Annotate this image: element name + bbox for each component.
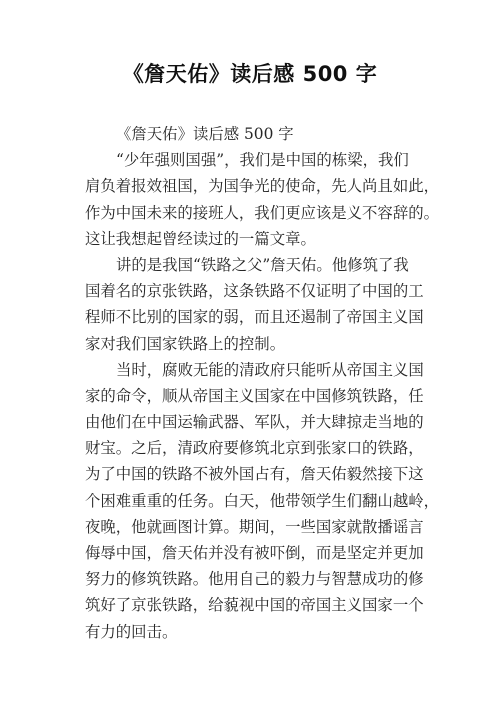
body-line: 家对我们国家铁路上的控制。 [85, 331, 427, 357]
body-line: 程师不比别的国家的弱，而且还遏制了帝国主义国 [85, 304, 427, 330]
body-line: 夜晚，他就画图计算。期间，一些国家就散播谣言 [85, 514, 427, 540]
body-line: 为了中国的铁路不被外国占有，詹天佑毅然接下这 [85, 461, 427, 487]
body-line: 财宝。之后，清政府要修筑北京到张家口的铁路， [85, 435, 427, 461]
body-line: 当时，腐败无能的清政府只能听从帝国主义国 [85, 357, 427, 383]
body-line: “少年强则国强”，我们是中国的栋梁，我们 [85, 147, 427, 173]
body-line: 努力的修筑铁路。他用自己的毅力与智慧成功的修 [85, 566, 427, 592]
body-line: 肩负着报效祖国，为国争光的使命，先人尚且如此， [85, 173, 427, 199]
body-line: 国着名的京张铁路，这条铁路不仅证明了中国的工 [85, 278, 427, 304]
body-line: 这让我想起曾经读过的一篇文章。 [85, 226, 427, 252]
body-line: 筑好了京张铁路，给藐视中国的帝国主义国家一个 [85, 592, 427, 618]
body-line: 《詹天佑》读后感 500 字 [85, 121, 427, 147]
body-line: 家的命令，顺从帝国主义国家在中国修筑铁路，任 [85, 383, 427, 409]
document-title: 《詹天佑》读后感 500 字 [0, 59, 500, 89]
body-line: 个困难重重的任务。白天，他带领学生们翻山越岭， [85, 488, 427, 514]
body-line: 作为中国未来的接班人，我们更应该是义不容辞的。 [85, 200, 427, 226]
document-page: 《詹天佑》读后感 500 字 《詹天佑》读后感 500 字 “少年强则国强”，我… [0, 0, 500, 708]
document-body: 《詹天佑》读后感 500 字 “少年强则国强”，我们是中国的栋梁，我们 肩负着报… [85, 121, 427, 645]
body-line: 侮辱中国，詹天佑并没有被吓倒，而是坚定并更加 [85, 540, 427, 566]
body-line: 讲的是我国“铁路之父”詹天佑。他修筑了我 [85, 252, 427, 278]
body-line: 由他们在中国运输武器、军队，并大肆掠走当地的 [85, 409, 427, 435]
body-line: 有力的回击。 [85, 619, 427, 645]
